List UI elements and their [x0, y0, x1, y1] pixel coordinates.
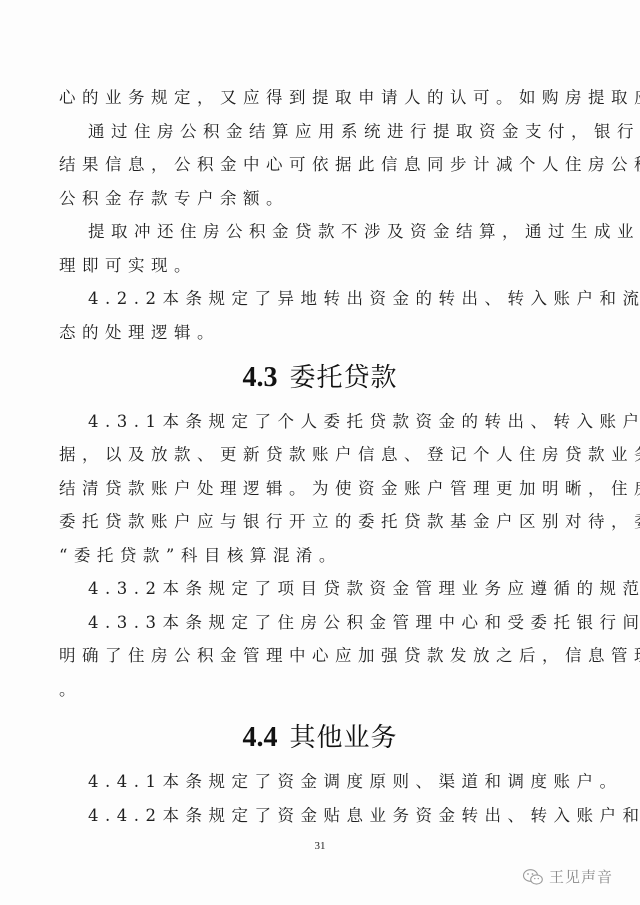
paragraph-line: 公积金存款专户余额。 — [59, 189, 571, 209]
paragraph-line: 心的业务规定，又应得到提取申请人的认可。如购房提取应转到开发商账户。 — [59, 88, 571, 108]
paragraph-line: 4.4.2本条规定了资金贴息业务资金转出、转入账户和流向。 — [88, 806, 572, 826]
section-number: 4.4 — [242, 722, 277, 753]
paragraph-line: 4.2.2本条规定了异地转出资金的转出、转入账户和流向，以及转出账户状 — [88, 289, 572, 309]
paragraph-line: 态的处理逻辑。 — [59, 323, 571, 343]
wechat-icon — [522, 868, 544, 886]
document-page: 心的业务规定，又应得到提取申请人的认可。如购房提取应转到开发商账户。 通过住房公… — [0, 0, 640, 905]
paragraph-line: “委托贷款”科目核算混淆。 — [59, 546, 571, 566]
watermark: 王见声音 — [522, 866, 613, 887]
paragraph-line: 理即可实现。 — [59, 256, 571, 276]
section-number: 4.3 — [242, 362, 277, 393]
paragraph-line: 通过住房公积金结算应用系统进行提取资金支付，银行实时反馈资金支付 — [88, 122, 572, 142]
paragraph-line: 提取冲还住房公积金贷款不涉及资金结算，通过生成业务凭证进行财务处 — [88, 222, 572, 242]
section-heading-4-3: 4.3委托贷款 — [0, 362, 640, 394]
paragraph-line: 据，以及放款、更新贷款账户信息、登记个人住房贷款业务明细和计息时效， — [59, 445, 571, 465]
watermark-text: 王见声音 — [549, 866, 613, 887]
paragraph-line: 4.3.3本条规定了住房公积金管理中心和受委托银行间信息共享的重要性； — [88, 613, 572, 633]
paragraph-line: 结果信息，公积金中心可依据此信息同步计减个人住房公积金账户余额和住房 — [59, 155, 571, 175]
paragraph-line: 明确了住房公积金管理中心应加强贷款发放之后，信息管理和风险防范的要求 — [59, 646, 571, 666]
paragraph-line: 4.4.1本条规定了资金调度原则、渠道和调度账户。 — [88, 772, 572, 792]
paragraph-line: 。 — [59, 680, 571, 700]
section-title: 委托贷款 — [289, 363, 397, 393]
paragraph-line: 4.3.2本条规定了项目贷款资金管理业务应遵循的规范。 — [88, 579, 572, 599]
page-number: 31 — [0, 840, 640, 852]
paragraph-line: 委托贷款账户应与银行开立的委托贷款基金户区别对待，委托贷款账户不应与 — [59, 512, 571, 532]
paragraph-line: 结清贷款账户处理逻辑。为使资金账户管理更加明晰，住房公积金中心开立的 — [59, 479, 571, 499]
section-title: 其他业务 — [289, 723, 397, 753]
paragraph-line: 4.3.1本条规定了个人委托贷款资金的转出、转入账户、流向和银行放款依 — [88, 412, 572, 432]
section-heading-4-4: 4.4其他业务 — [0, 722, 640, 754]
